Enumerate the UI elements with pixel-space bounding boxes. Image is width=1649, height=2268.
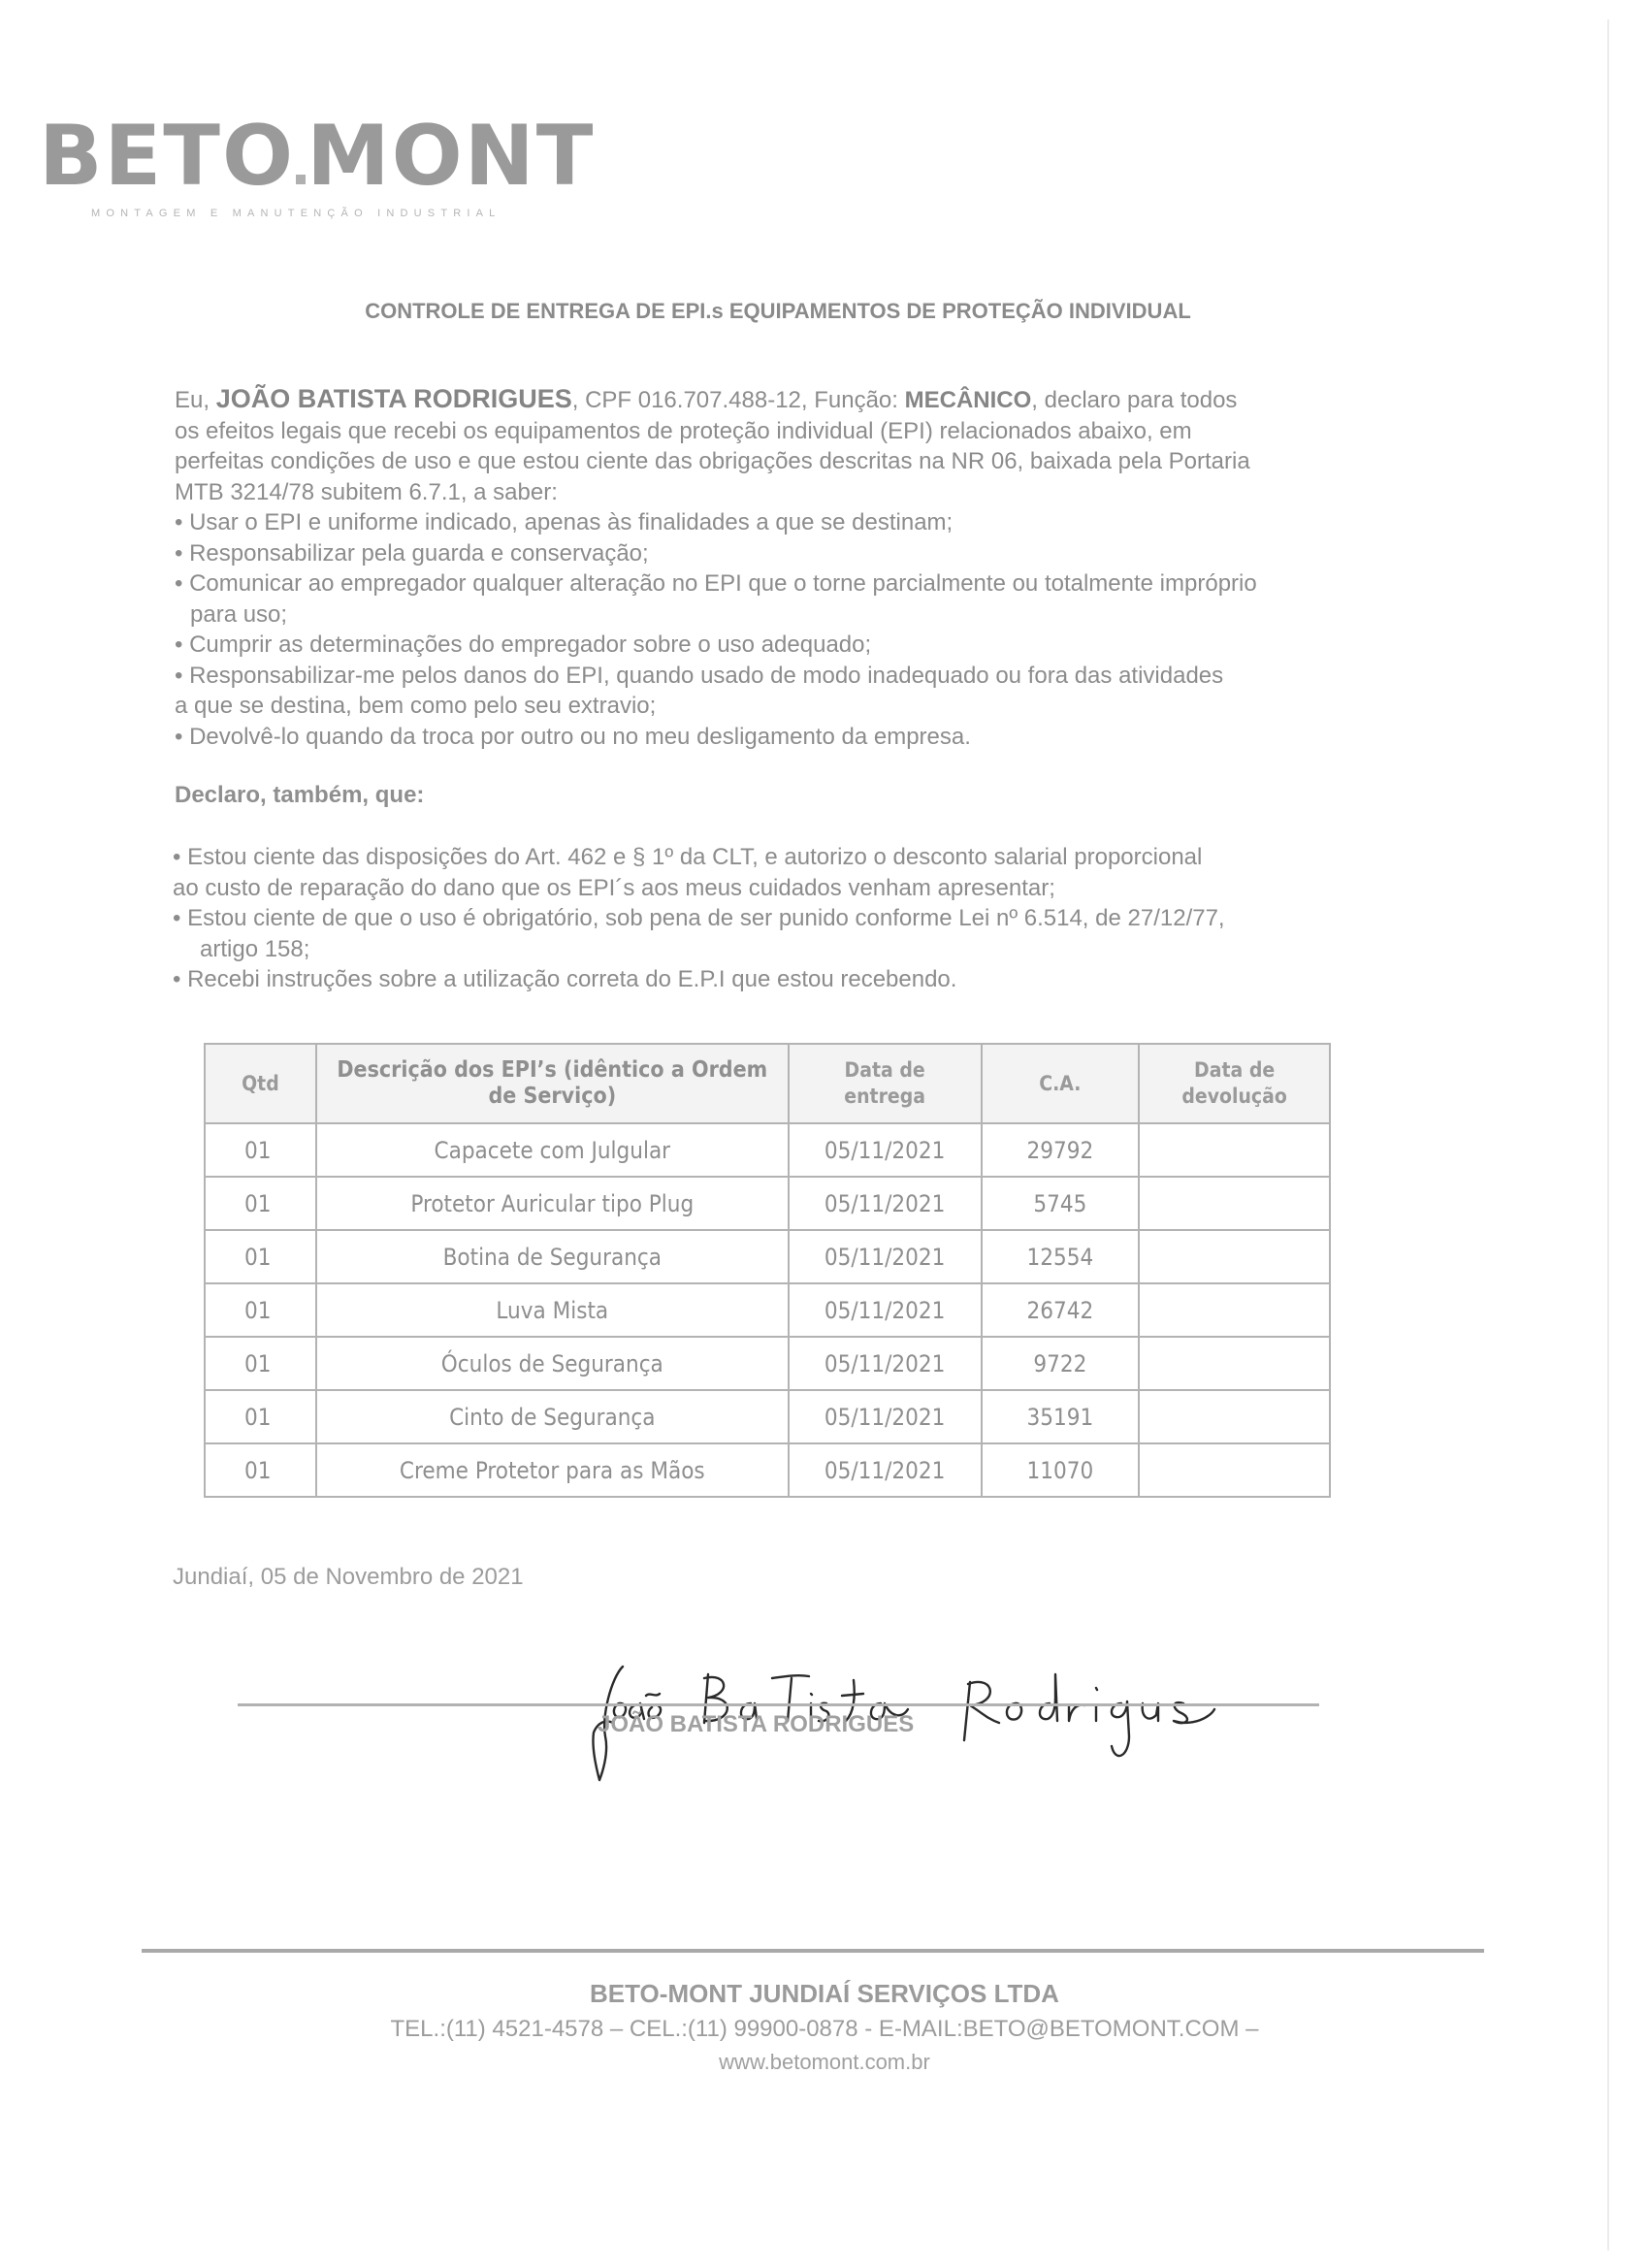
cell-data-devolucao [1139,1230,1330,1283]
cell-ca: 9722 [982,1337,1140,1390]
cell-descricao: Cinto de Segurança [316,1390,789,1443]
declaration-line-1-rest: , declaro para todos [1031,387,1237,413]
also-declare-item-continued: ao custo de reparação do dano que os EPI… [173,873,1385,904]
cell-qtd: 01 [205,1283,316,1337]
obligation-item-continued: a que se destina, bem como pelo seu extr… [175,691,1387,722]
company-logo: BETOMONT [39,114,595,198]
cell-data-devolucao [1139,1443,1330,1497]
cell-data-entrega: 05/11/2021 [789,1177,982,1230]
column-header-qtd: Qtd [205,1044,316,1123]
footer-divider [142,1949,1484,1953]
table-row: 01Capacete com Julgular05/11/202129792 [205,1123,1330,1177]
obligation-item: • Cumprir as determinações do empregador… [175,630,1387,661]
cell-data-devolucao [1139,1283,1330,1337]
declaration-paragraph: Eu, JOÃO BATISTA RODRIGUES, CPF 016.707.… [175,384,1387,752]
table-row: 01Protetor Auricular tipo Plug05/11/2021… [205,1177,1330,1230]
cell-qtd: 01 [205,1443,316,1497]
also-declare-item: • Recebi instruções sobre a utilização c… [173,964,1385,995]
cell-data-entrega: 05/11/2021 [789,1337,982,1390]
cell-data-entrega: 05/11/2021 [789,1123,982,1177]
also-declare-item: • Estou ciente das disposições do Art. 4… [173,842,1385,873]
cell-ca: 12554 [982,1230,1140,1283]
also-declare-item: • Estou ciente de que o uso é obrigatóri… [173,903,1385,934]
cell-data-entrega: 05/11/2021 [789,1443,982,1497]
logo-dot-icon [296,175,306,184]
cell-ca: 29792 [982,1123,1140,1177]
cell-descricao: Óculos de Segurança [316,1337,789,1390]
column-header-ca: C.A. [982,1044,1140,1123]
logo-tagline: MONTAGEM E MANUTENÇÃO INDUSTRIAL [91,208,501,219]
cell-data-devolucao [1139,1123,1330,1177]
employee-name: JOÃO BATISTA RODRIGUES [216,384,572,413]
cell-ca: 5745 [982,1177,1140,1230]
cell-data-entrega: 05/11/2021 [789,1390,982,1443]
declaration-line-4: MTB 3214/78 subitem 6.7.1, a saber: [175,477,1387,508]
scan-edge [1607,19,1609,2251]
cell-qtd: 01 [205,1337,316,1390]
signature-line [238,1703,1319,1706]
column-header-data-devolucao: Data dedevolução [1139,1044,1330,1123]
footer-contact: TEL.:(11) 4521-4578 – CEL.:(11) 99900-08… [0,2016,1649,2043]
cell-data-devolucao [1139,1390,1330,1443]
table-row: 01Óculos de Segurança05/11/20219722 [205,1337,1330,1390]
cell-descricao: Creme Protetor para as Mãos [316,1443,789,1497]
declaration-line-2: os efeitos legais que recebi os equipame… [175,416,1387,447]
obligation-item: • Responsabilizar-me pelos danos do EPI,… [175,661,1387,692]
cell-ca: 35191 [982,1390,1140,1443]
obligation-item: • Comunicar ao empregador qualquer alter… [175,568,1387,599]
cpf-text: , CPF 016.707.488-12, Função: [572,387,905,413]
obligation-item: • Devolvê-lo quando da troca por outro o… [175,722,1387,753]
cell-qtd: 01 [205,1390,316,1443]
declaration-line-3: perfeitas condições de uso e que estou c… [175,446,1387,477]
table-row: 01Creme Protetor para as Mãos05/11/20211… [205,1443,1330,1497]
obligation-item: • Responsabilizar pela guarda e conserva… [175,538,1387,569]
table-row: 01Luva Mista05/11/202126742 [205,1283,1330,1337]
document-title: CONTROLE DE ENTREGA DE EPI.s EQUIPAMENTO… [0,299,1556,324]
also-declare-heading: Declaro, também, que: [175,782,424,809]
place-date: Jundiaí, 05 de Novembro de 2021 [173,1564,524,1591]
cell-data-devolucao [1139,1177,1330,1230]
declaration-line-1: Eu, JOÃO BATISTA RODRIGUES, CPF 016.707.… [175,384,1387,416]
employee-role: MECÂNICO [905,387,1032,413]
obligation-item-continued: para uso; [175,599,1387,631]
cell-descricao: Luva Mista [316,1283,789,1337]
epi-delivery-table: Qtd Descrição dos EPI’s (idêntico a Orde… [204,1043,1331,1498]
cell-qtd: 01 [205,1123,316,1177]
cell-data-devolucao [1139,1337,1330,1390]
column-header-descricao: Descrição dos EPI’s (idêntico a Ordemde … [316,1044,789,1123]
also-declare-list: • Estou ciente das disposições do Art. 4… [173,842,1385,995]
table-row: 01Botina de Segurança05/11/202112554 [205,1230,1330,1283]
also-declare-item-continued: artigo 158; [173,934,1385,965]
cell-data-entrega: 05/11/2021 [789,1283,982,1337]
footer-company-name: BETO-MONT JUNDIAÍ SERVIÇOS LTDA [0,1979,1649,2009]
logo-text-right: MONT [307,108,595,205]
footer-website: www.betomont.com.br [0,2050,1649,2075]
cell-descricao: Capacete com Julgular [316,1123,789,1177]
obligation-item: • Usar o EPI e uniforme indicado, apenas… [175,507,1387,538]
declaration-prefix: Eu, [175,387,216,413]
table-header-row: Qtd Descrição dos EPI’s (idêntico a Orde… [205,1044,1330,1123]
cell-qtd: 01 [205,1230,316,1283]
cell-qtd: 01 [205,1177,316,1230]
table-row: 01Cinto de Segurança05/11/202135191 [205,1390,1330,1443]
cell-data-entrega: 05/11/2021 [789,1230,982,1283]
cell-ca: 26742 [982,1283,1140,1337]
cell-ca: 11070 [982,1443,1140,1497]
signer-printed-name: JOÃO BATISTA RODRIGUES [598,1711,914,1738]
logo-text-left: BETO [39,108,295,205]
column-header-data-entrega: Data deentrega [789,1044,982,1123]
cell-descricao: Botina de Segurança [316,1230,789,1283]
cell-descricao: Protetor Auricular tipo Plug [316,1177,789,1230]
